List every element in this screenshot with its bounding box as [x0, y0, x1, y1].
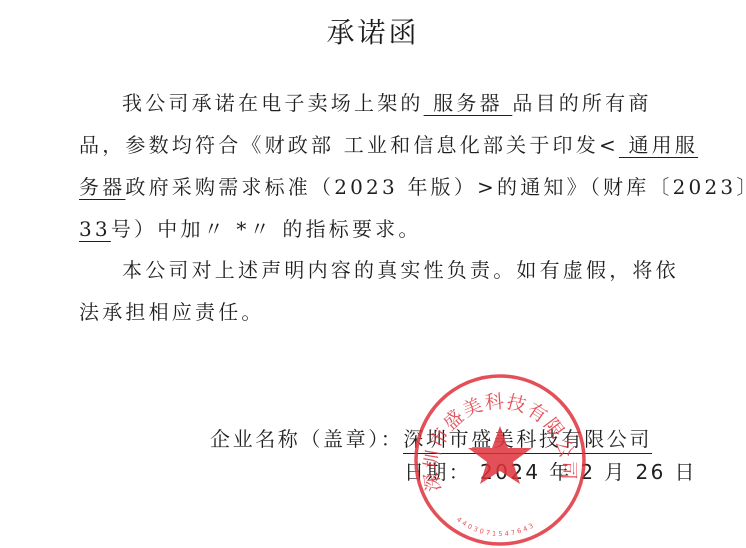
- paragraph2-line2: 法承担相应责任。: [79, 300, 265, 324]
- date-label: 日期：: [404, 460, 471, 484]
- paragraph1-line3: 务器政府采购需求标准（2023 年版）>的通知》（财库〔2023〕: [79, 175, 746, 199]
- paragraph2-line1: 本公司对上述声明内容的真实性负责。如有虚假，将依: [122, 258, 679, 282]
- date-year-unit: 年: [549, 460, 571, 484]
- date-year: 2024: [480, 460, 541, 484]
- date-day: 26: [635, 460, 665, 484]
- date-line: 日期： 2024 年 2 月 26 日: [404, 456, 697, 485]
- company-label: 企业名称（盖章）：: [210, 427, 403, 451]
- standard-name-fill: 通用服: [619, 133, 698, 157]
- document-number-fill: 33: [79, 217, 111, 241]
- text: 我公司承诺在电子卖场上架的: [122, 91, 424, 115]
- product-category-fill: 服务器: [424, 91, 513, 115]
- company-name: 深圳市盛美科技有限公司: [403, 427, 652, 454]
- paragraph1-line1: 我公司承诺在电子卖场上架的 服务器 品目的所有商: [122, 91, 652, 115]
- company-signature-line: 企业名称（盖章）：深圳市盛美科技有限公司: [210, 423, 652, 452]
- date-day-unit: 日: [674, 460, 696, 484]
- text: 政府采购需求标准（2023 年版）>的通知》（财库〔2023〕: [125, 175, 746, 199]
- date-month-unit: 月: [604, 460, 626, 484]
- paragraph1-line4: 33号）中加〃 *〃 的指标要求。: [79, 217, 422, 241]
- document-title: 承诺函: [0, 11, 746, 51]
- paragraph1-line2: 品，参数均符合《财政部 工业和信息化部关于印发< 通用服: [79, 133, 698, 157]
- text: 品，参数均符合《财政部 工业和信息化部关于印发<: [79, 133, 619, 157]
- text: 号）中加〃 *〃 的指标要求。: [111, 217, 422, 241]
- seal-code: 4403071547643: [455, 515, 537, 538]
- text: 品目的所有商: [512, 91, 651, 115]
- standard-name-fill-cont: 务器: [79, 175, 125, 199]
- date-month: 2: [580, 460, 595, 484]
